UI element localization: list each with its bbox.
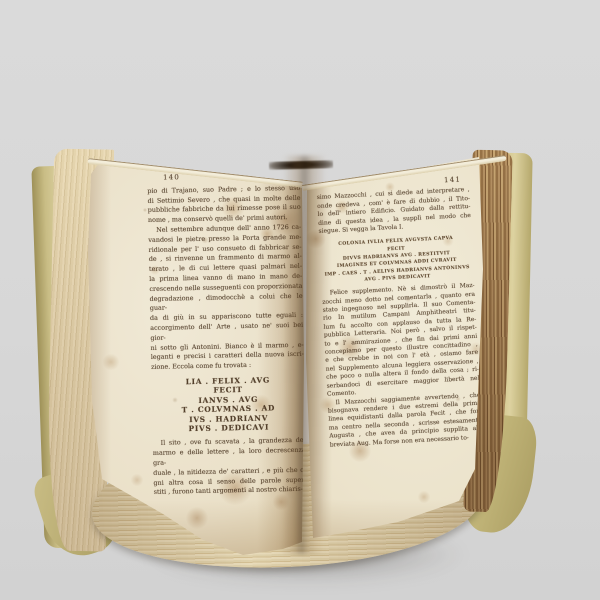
text-line: PIVS . DEDICAVI: [152, 422, 305, 435]
paragraph: Felice supplemento. Nè si dimostrò il Ma…: [322, 282, 481, 399]
text-line: zione. Eccola come fu trovata :: [151, 360, 304, 373]
paragraph: pio di Trajano, suo Padre ; e lo stesso …: [147, 184, 301, 226]
spine-gap: [269, 160, 333, 170]
right-page-text: 141 simo Mazzocchi , cui si diede ad int…: [316, 175, 483, 450]
paragraph: Il sito , ove fu scavata , la grandezza …: [153, 436, 305, 498]
paragraph: Nel settembre adunque dell' anno 1726 ca…: [148, 223, 304, 373]
left-page-text: 140 pio di Trajano, suo Padre ; e lo ste…: [147, 171, 305, 498]
photo-scene: 140 pio di Trajano, suo Padre ; e lo ste…: [0, 0, 600, 600]
paragraph: Il Mazzocchi saggiamente avvertendo , ch…: [327, 391, 482, 449]
inscription: LIA . FELIX . AVGFECITIANVS . AVGT . COL…: [151, 375, 305, 435]
inscription: COLONIA IVLIA FELIX AVGVSTA CAPVAFECITDI…: [319, 234, 474, 286]
paragraph: simo Mazzocchi , cui si diede ad interpr…: [317, 186, 472, 236]
